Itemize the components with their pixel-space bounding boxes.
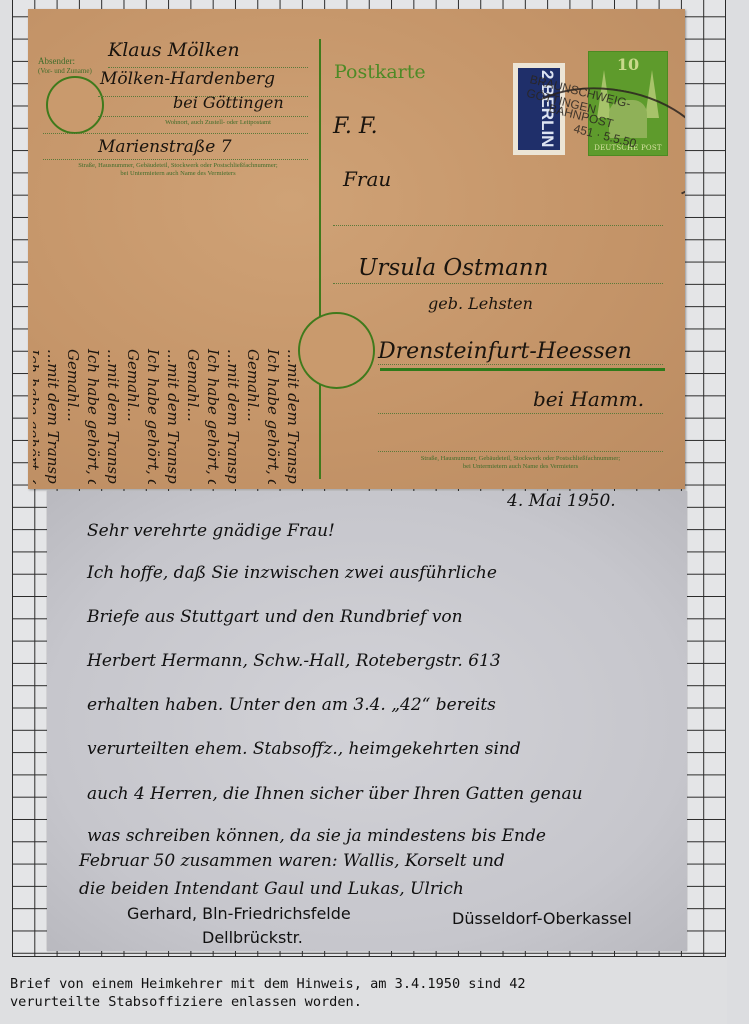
side-message-line: ...mit dem Transport...: [43, 349, 63, 484]
dotted-line: [378, 364, 663, 365]
page-margin: [727, 0, 749, 1024]
side-message-line: Ich habe gehört, dass Ihr Herr Gemahl...: [123, 349, 163, 484]
letter-date: 4. Mai 1950.: [507, 491, 616, 511]
sender-street: Marienstraße 7: [98, 137, 232, 157]
recipient-salutation-1: F. F.: [333, 114, 378, 139]
recipient-address-label: Straße, Hausnummer, Gebäudeteil, Stockwe…: [378, 455, 663, 471]
sender-place: Mölken-Hardenberg: [100, 69, 275, 89]
punch-circle-middle: [298, 312, 375, 389]
street-label: Straße, Hausnummer, Gebäudeteil, Stockwe…: [48, 162, 308, 178]
dotted-line: [378, 451, 663, 452]
sender-label-line2: (Vor- und Zuname): [38, 66, 92, 76]
sender-near: bei Göttingen: [173, 93, 284, 112]
street-label-line2: bei Untermietern auch Name des Vermieter…: [48, 170, 308, 178]
caption-line2: verurteilte Stabsoffiziere enlassen word…: [10, 993, 740, 1011]
letter-line: verurteilten ehem. Stabsoffz., heimgekeh…: [87, 739, 521, 759]
side-message-line: ...mit dem Transport...: [103, 349, 123, 484]
side-message-line: Ich habe gehört, dass Ihr Herr Gemahl...: [243, 349, 283, 484]
dotted-line: [108, 67, 308, 68]
letter-line: Ich hoffe, daß Sie inzwischen zwei ausfü…: [87, 563, 497, 583]
sender-name: Klaus Mölken: [108, 39, 240, 61]
stamp-value: 10: [589, 55, 667, 74]
address-right-1: Düsseldorf-Oberkassel: [452, 909, 632, 928]
side-message-line: ...mit dem Transport...: [223, 349, 243, 484]
letter-line: Februar 50 zusammen waren: Wallis, Korse…: [79, 851, 505, 871]
dotted-line: [333, 283, 663, 284]
dotted-line: [378, 413, 663, 414]
letter-photocopy: 4. Mai 1950. Sehr verehrte gnädige Frau!…: [47, 491, 687, 951]
postcard: Absender: (Vor- und Zuname) Klaus Mölken…: [28, 9, 685, 489]
punch-circle-left: [46, 76, 104, 134]
sender-label-line1: Absender:: [38, 56, 92, 66]
recipient-salutation-2: Frau: [343, 167, 391, 191]
side-message-line: ...mit dem Transport...: [163, 349, 183, 484]
caption: Brief von einem Heimkehrer mit dem Hinwe…: [10, 975, 740, 1011]
letter-line: erhalten haben. Unter den am 3.4. „42“ b…: [87, 695, 496, 715]
recipient-name: Ursula Ostmann: [358, 255, 548, 281]
dotted-line: [43, 133, 308, 134]
recipient-label-line1: Straße, Hausnummer, Gebäudeteil, Stockwe…: [378, 455, 663, 463]
recipient-near: bei Hamm.: [533, 387, 644, 411]
side-message-line: ...mit dem Transport...: [283, 349, 303, 484]
recipient-town: Drensteinfurt-Heessen: [378, 339, 632, 364]
letter-line: auch 4 Herren, die Ihnen sicher über Ihr…: [87, 784, 583, 804]
sender-label: Absender: (Vor- und Zuname): [38, 56, 92, 76]
side-message-line: Ich habe gehört, dass Ihr Herr Gemahl...: [183, 349, 223, 484]
letter-line: Herbert Hermann, Schw.-Hall, Rotebergstr…: [87, 651, 501, 671]
address-left-1: Gerhard, Bln-Friedrichsfelde: [127, 904, 351, 923]
caption-line1: Brief von einem Heimkehrer mit dem Hinwe…: [10, 975, 740, 993]
recipient-label-line2: bei Untermietern auch Name des Vermieter…: [378, 463, 663, 471]
letter-line: die beiden Intendant Gaul und Lukas, Ulr…: [79, 879, 464, 899]
dotted-line: [98, 116, 308, 117]
postcard-title: Postkarte: [334, 61, 426, 83]
street-label-line1: Straße, Hausnummer, Gebäudeteil, Stockwe…: [48, 162, 308, 170]
recipient-maiden: geb. Lehsten: [428, 294, 533, 313]
letter-line: Briefe aus Stuttgart und den Rundbrief v…: [87, 607, 463, 627]
side-message-line: Ich habe gehört, dass Ihr Herr Gemahl...: [63, 349, 103, 484]
card-divider: [319, 39, 321, 479]
side-message-line: Ich habe gehört, dass Ihr Herr Gemahl...: [33, 349, 43, 484]
town-underline: [380, 368, 665, 371]
place-label: Wohnort, auch Zustell- oder Leitpostamt: [143, 119, 293, 127]
address-left-2: Dellbrückstr.: [202, 928, 303, 947]
dotted-line: [333, 225, 663, 226]
side-message: Ich habe gehört, dass Ihr Herr Gemahl...…: [33, 189, 303, 484]
dotted-line: [43, 159, 308, 160]
letter-line: was schreiben können, da sie ja mindeste…: [87, 826, 546, 846]
letter-line: Sehr verehrte gnädige Frau!: [87, 521, 335, 541]
